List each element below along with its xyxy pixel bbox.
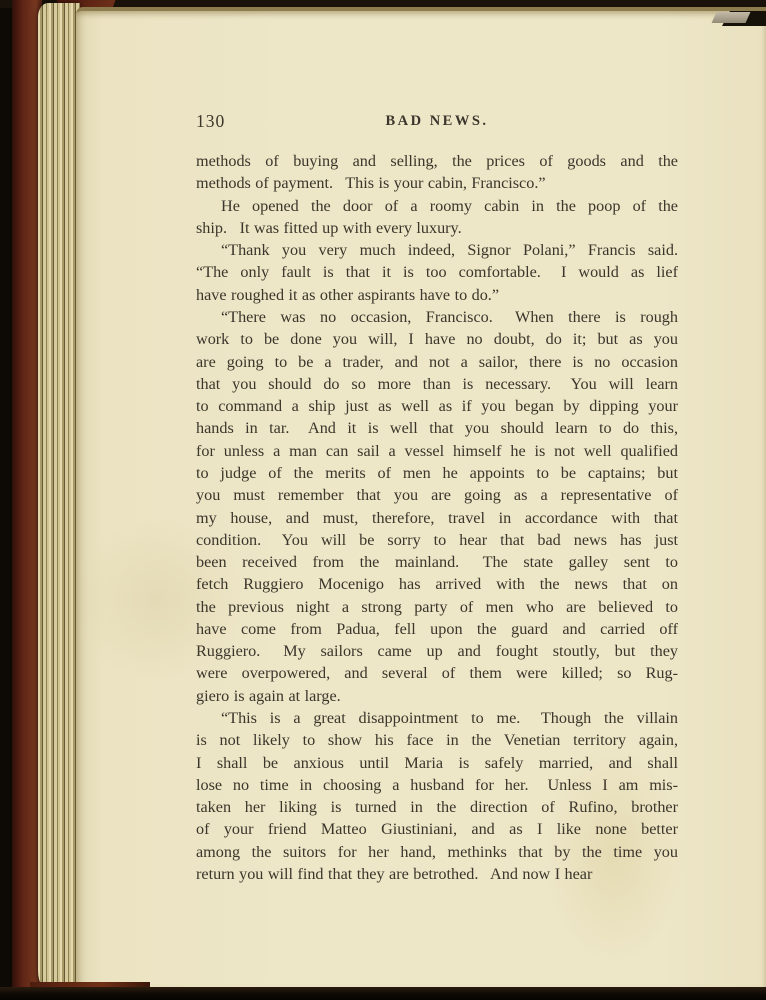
- text-line: you must remember that you are going as …: [196, 484, 678, 506]
- text-line: “Thank you very much indeed, Signor Pola…: [196, 239, 678, 261]
- text-line: “The only fault is that it is too comfor…: [196, 261, 678, 283]
- text-line: of your friend Matteo Giustiniani, and a…: [196, 818, 678, 840]
- page-corner-highlight: [712, 12, 751, 23]
- text-line: were overpowered, and several of them we…: [196, 662, 678, 684]
- text-line: have come from Padua, fell upon the guar…: [196, 618, 678, 640]
- book-page-edges: [38, 3, 80, 993]
- text-line: condition. You will be sorry to hear tha…: [196, 529, 678, 551]
- text-line: taken her liking is turned in the direct…: [196, 796, 678, 818]
- text-line: “This is a great disappointment to me. T…: [196, 707, 678, 729]
- book-page: 130 BAD NEWS. methods of buying and sell…: [76, 7, 766, 992]
- text-line: to command a ship just as well as if you…: [196, 395, 678, 417]
- text-line: methods of buying and selling, the price…: [196, 150, 678, 172]
- text-line: been received from the mainland. The sta…: [196, 551, 678, 573]
- text-line: “There was no occasion, Francisco. When …: [196, 306, 678, 328]
- text-line: I shall be anxious until Maria is safely…: [196, 752, 678, 774]
- text-line: Ruggiero. My sailors came up and fought …: [196, 640, 678, 662]
- paragraph: He opened the door of a roomy cabin in t…: [196, 195, 678, 240]
- text-line: among the suitors for her hand, methinks…: [196, 841, 678, 863]
- text-line: fetch Ruggiero Mocenigo has arrived with…: [196, 573, 678, 595]
- text-line: giero is again at large.: [196, 685, 678, 707]
- text-line: have roughed it as other aspirants have …: [196, 284, 678, 306]
- paragraph: “This is a great disappointment to me. T…: [196, 707, 678, 885]
- text-line: that you should do so more than is neces…: [196, 373, 678, 395]
- paragraph: methods of buying and selling, the price…: [196, 150, 678, 195]
- text-line: He opened the door of a roomy cabin in t…: [196, 195, 678, 217]
- text-line: my house, and must, therefore, travel in…: [196, 507, 678, 529]
- text-line: the previous night a strong party of men…: [196, 596, 678, 618]
- text-line: hands in tar. And it is well that you sh…: [196, 417, 678, 439]
- text-line: ship. It was fitted up with every luxury…: [196, 217, 678, 239]
- text-line: return you will find that they are betro…: [196, 863, 678, 885]
- text-line: are going to be a trader, and not a sail…: [196, 351, 678, 373]
- running-head: BAD NEWS.: [196, 113, 678, 130]
- text-line: lose no time in choosing a husband for h…: [196, 774, 678, 796]
- page-header: 130 BAD NEWS.: [196, 111, 678, 133]
- text-line: to judge of the merits of men he appoint…: [196, 462, 678, 484]
- text-line: is not likely to show his face in the Ve…: [196, 729, 678, 751]
- paragraph: “Thank you very much indeed, Signor Pola…: [196, 239, 678, 306]
- page-body: methods of buying and selling, the price…: [196, 150, 678, 885]
- text-line: work to be done you will, I have no doub…: [196, 328, 678, 350]
- text-line: for unless a man can sail a vessel himse…: [196, 440, 678, 462]
- background-bottom-strip: [0, 987, 766, 1000]
- text-line: methods of payment. This is your cabin, …: [196, 172, 678, 194]
- paragraph: “There was no occasion, Francisco. When …: [196, 306, 678, 707]
